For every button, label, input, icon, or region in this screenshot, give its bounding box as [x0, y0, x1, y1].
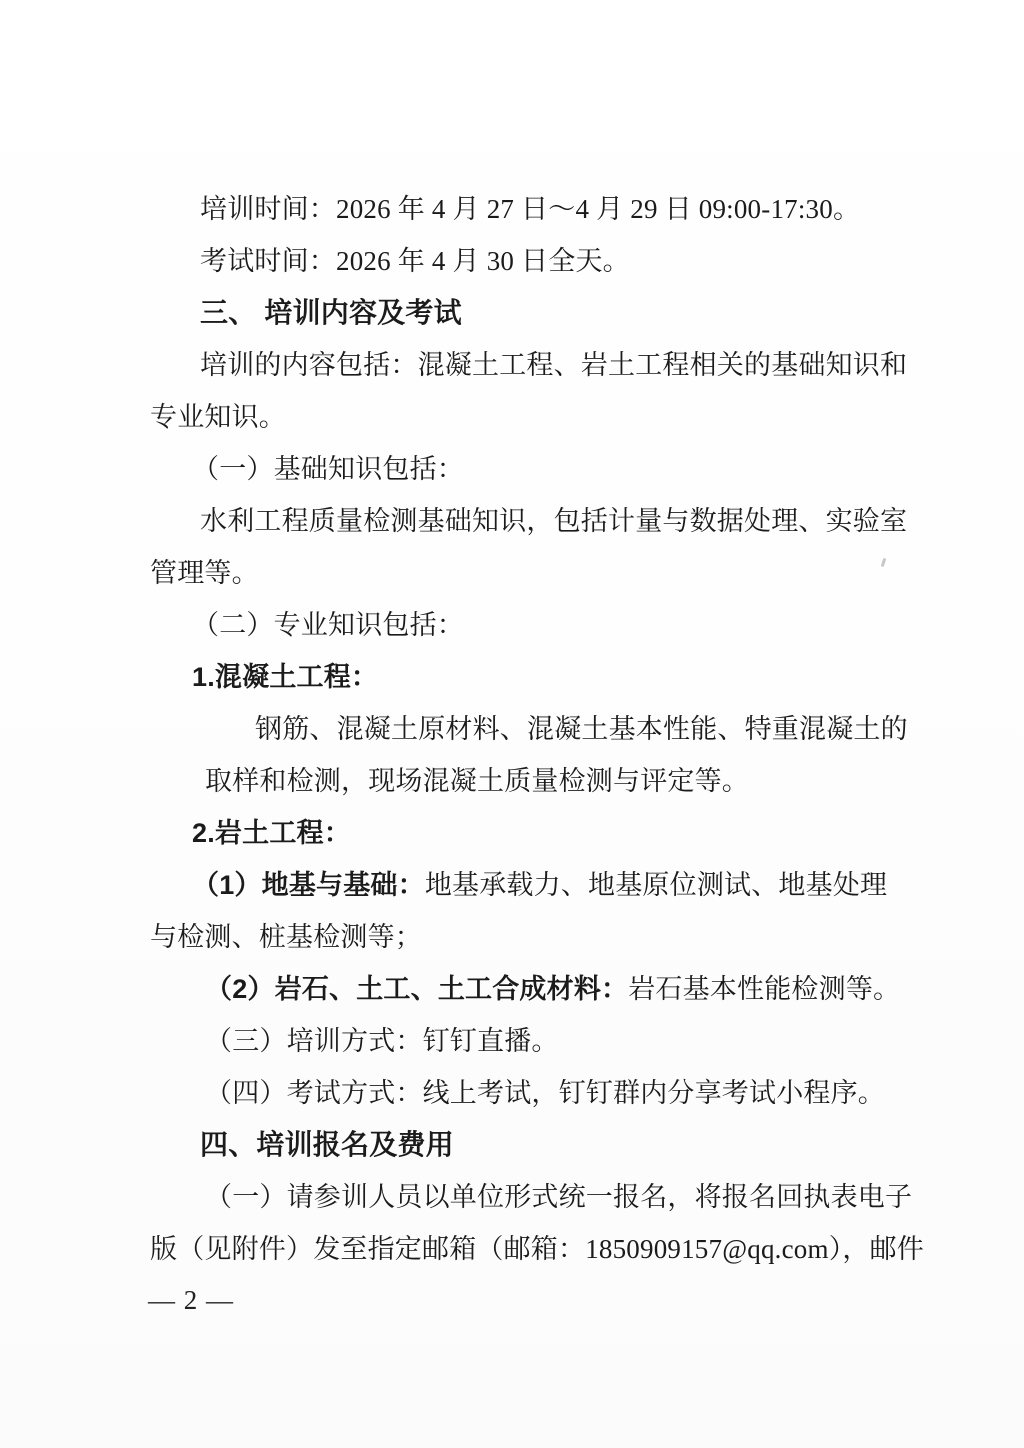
basic-knowledge-desc-line-2: 管理等。 — [150, 547, 908, 599]
concrete-desc-line-1: 钢筋、混凝土原材料、混凝土基本性能、特重混凝土的 — [150, 703, 908, 755]
document-page: { "page": { "footer_page_number": "— 2 —… — [0, 0, 1024, 1448]
training-time-line: 培训时间：2026 年 4 月 27 日～4 月 29 日 09:00-17:3… — [150, 183, 908, 235]
training-content-intro-line-2: 专业知识。 — [150, 391, 908, 443]
item-3-training-method: （三）培训方式：钉钉直播。 — [150, 1015, 908, 1067]
scanned-page-background: 培训时间：2026 年 4 月 27 日～4 月 29 日 09:00-17:3… — [0, 0, 1024, 1448]
item-2-professional-knowledge: （二）专业知识包括： — [150, 599, 908, 651]
geo-item-2-line: （2）岩石、土工、土工合成材料：岩石基本性能检测等。 — [150, 963, 908, 1015]
page-number: — 2 — — [148, 1282, 234, 1318]
subheading-geotechnical-engineering: 2.岩土工程： — [150, 807, 908, 859]
geo-item-1-label: （1）地基与基础： — [192, 870, 425, 900]
geo-item-1-text: 地基承载力、地基原位测试、地基处理 — [425, 870, 887, 900]
geo-item-1-line: （1）地基与基础：地基承载力、地基原位测试、地基处理 — [150, 859, 908, 911]
registration-line-1: （一）请参训人员以单位形式统一报名，将报名回执表电子 — [150, 1171, 908, 1223]
section-4-heading: 四、培训报名及费用 — [150, 1119, 908, 1171]
concrete-desc-line-2: 取样和检测，现场混凝土质量检测与评定等。 — [150, 755, 908, 807]
subheading-concrete-engineering: 1.混凝土工程： — [150, 651, 908, 703]
section-3-heading: 三、 培训内容及考试 — [150, 287, 908, 339]
registration-line-2: 版（见附件）发至指定邮箱（邮箱：1850909157@qq.com），邮件 — [150, 1223, 908, 1275]
exam-time-line: 考试时间：2026 年 4 月 30 日全天。 — [150, 235, 908, 287]
basic-knowledge-desc-line-1: 水利工程质量检测基础知识，包括计量与数据处理、实验室 — [150, 495, 908, 547]
item-4-exam-method: （四）考试方式：线上考试，钉钉群内分享考试小程序。 — [150, 1067, 908, 1119]
document-body: 培训时间：2026 年 4 月 27 日～4 月 29 日 09:00-17:3… — [150, 183, 908, 1275]
geo-item-1-continuation: 与检测、桩基检测等； — [150, 911, 908, 963]
geo-item-2-text: 岩石基本性能检测等。 — [628, 974, 900, 1004]
geo-item-2-label: （2）岩石、土工、土工合成材料： — [205, 974, 628, 1004]
training-content-intro-line-1: 培训的内容包括：混凝土工程、岩土工程相关的基础知识和 — [150, 339, 908, 391]
item-1-basic-knowledge: （一）基础知识包括： — [150, 443, 908, 495]
